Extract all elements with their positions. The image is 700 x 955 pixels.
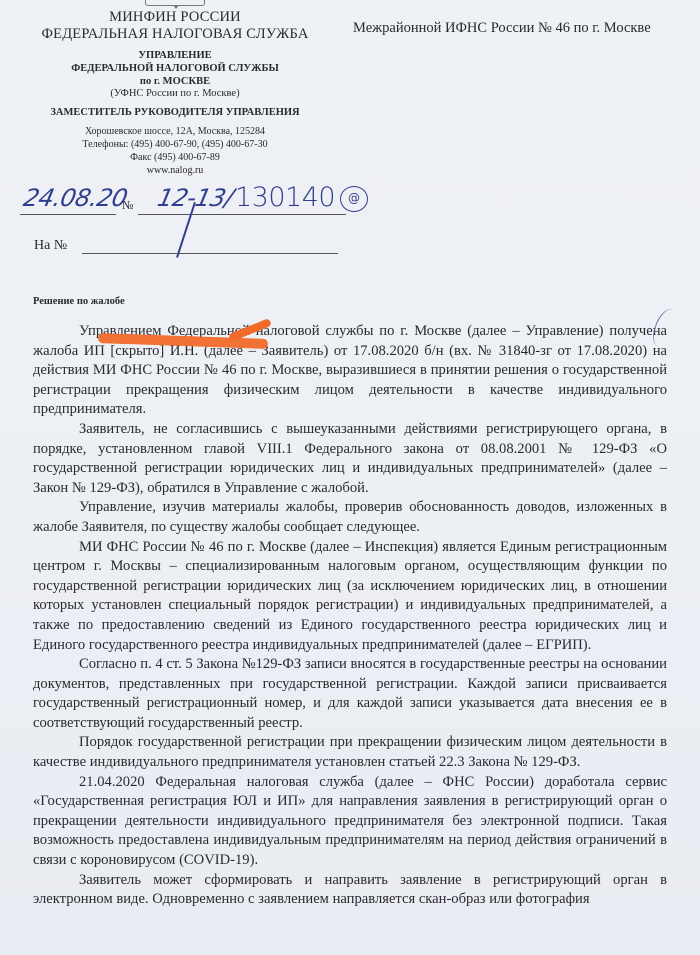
ministry-name: МИНФИН РОССИИ [40,9,310,26]
at-sign-mark: @ [340,186,368,212]
address: Хорошевское шоссе, 12А, Москва, 125284 [40,125,310,138]
website: www.nalog.ru [40,164,310,177]
document-title: Решение по жалобе [33,296,125,307]
contact-block: Хорошевское шоссе, 12А, Москва, 125284 Т… [40,125,310,177]
service-name: ФЕДЕРАЛЬНАЯ НАЛОГОВАЯ СЛУЖБА [40,26,310,43]
handwritten-date: 24.08.20 [21,184,130,212]
reply-to-underline [82,253,338,254]
reply-to-label: На № [34,238,67,253]
paragraph: Управление, изучив материалы жалобы, про… [33,498,667,537]
paragraph: Порядок государственной регистрации при … [33,733,667,772]
recipient: Межрайонной ИФНС России № 46 по г. Москв… [353,20,651,37]
fax: Факс (495) 400-67-89 [40,151,310,164]
letterhead: МИНФИН РОССИИ ФЕДЕРАЛЬНАЯ НАЛОГОВАЯ СЛУЖ… [40,0,310,177]
registration-number-line: 24.08.20 № 12-13/ 130140 @ [20,178,400,228]
handwritten-number: 130140 [235,182,335,213]
paragraph: 21.04.2020 Федеральная налоговая служба … [33,773,667,871]
reply-to-line: На № [34,236,67,254]
emblem-icon [145,0,205,6]
number-underline [138,214,346,215]
department-name: УПРАВЛЕНИЕ ФЕДЕРАЛЬНОЙ НАЛОГОВОЙ СЛУЖБЫ … [40,49,310,88]
handwritten-number-prefix: 12-13/ [155,184,236,212]
signatory-position: ЗАМЕСТИТЕЛЬ РУКОВОДИТЕЛЯ УПРАВЛЕНИЯ [40,107,310,120]
document-page: МИНФИН РОССИИ ФЕДЕРАЛЬНАЯ НАЛОГОВАЯ СЛУЖ… [0,0,700,955]
paragraph: Согласно п. 4 ст. 5 Закона №129-ФЗ запис… [33,655,667,733]
paragraph: Заявитель, не согласившись с вышеуказанн… [33,420,667,498]
number-label: № [122,198,133,213]
phones: Телефоны: (495) 400-67-90, (495) 400-67-… [40,138,310,151]
date-underline [20,214,116,215]
paragraph: МИ ФНС России № 46 по г. Москве (далее –… [33,538,667,656]
document-body: Управлением Федеральной налоговой службы… [33,322,667,910]
department-abbr: (УФНС России по г. Москве) [40,88,310,101]
paragraph: Заявитель может сформировать и направить… [33,871,667,910]
